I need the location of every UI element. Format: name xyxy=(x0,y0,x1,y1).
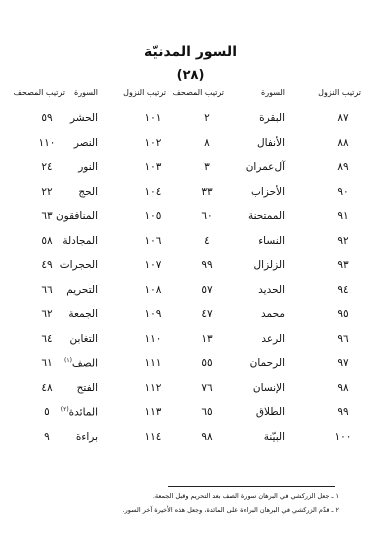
mushaf-cell: ٥ xyxy=(35,406,59,418)
nuzul-cell: ٩٢ xyxy=(331,235,355,247)
sura-cell: الفتح xyxy=(77,382,98,394)
mushaf-cell: ٢ xyxy=(195,112,219,124)
nuzul-cell: ١١٢ xyxy=(141,382,165,394)
sura-count: (٢٨) xyxy=(0,68,381,83)
sura-cell: البيّنة xyxy=(264,431,285,443)
mushaf-cell: ٥٥ xyxy=(195,357,219,369)
sura-cell: التغابن xyxy=(70,333,98,345)
sura-cell: الطلاق xyxy=(256,406,285,418)
nuzul-cell: ٩٤ xyxy=(331,284,355,296)
header-sura-right: السورة xyxy=(261,88,285,97)
nuzul-cell: ١٠٠ xyxy=(331,431,355,443)
footnote-marker: (٢) xyxy=(61,406,69,413)
nuzul-cell: ١٠١ xyxy=(141,112,165,124)
sura-cell: محمد xyxy=(261,308,285,320)
nuzul-cell: ٩٦ xyxy=(331,333,355,345)
sura-cell: الممتحنة xyxy=(248,210,285,222)
header-mushaf-right: ترتيب المصحف xyxy=(173,88,224,97)
mushaf-cell: ٦١ xyxy=(35,357,59,369)
sura-cell: التحريم xyxy=(66,284,98,296)
mushaf-cell: ٥٧ xyxy=(195,284,219,296)
mushaf-cell: ٣ xyxy=(195,161,219,173)
page-title: السور المدنيّة xyxy=(0,44,381,60)
sura-cell: الأحزاب xyxy=(251,186,285,198)
sura-cell: النصر xyxy=(74,137,98,149)
mushaf-cell: ٢٢ xyxy=(35,186,59,198)
mushaf-cell: ٩٨ xyxy=(195,431,219,443)
sura-cell: الرعد xyxy=(261,333,285,345)
sura-cell: النساء xyxy=(258,235,285,247)
sura-cell: البقرة xyxy=(259,112,285,124)
nuzul-cell: ٩٥ xyxy=(331,308,355,320)
nuzul-cell: ١٠٥ xyxy=(141,210,165,222)
sura-cell: الإنسان xyxy=(253,382,285,394)
sura-cell: النور xyxy=(78,161,98,173)
nuzul-cell: ٩٠ xyxy=(331,186,355,198)
nuzul-cell: ١٠٨ xyxy=(141,284,165,296)
nuzul-cell: ٩٧ xyxy=(331,357,355,369)
nuzul-cell: ٨٧ xyxy=(331,112,355,124)
mushaf-cell: ٣٣ xyxy=(195,186,219,198)
mushaf-cell: ٤ xyxy=(195,235,219,247)
nuzul-cell: ١٠٤ xyxy=(141,186,165,198)
sura-cell: الحديد xyxy=(258,284,285,296)
header-mushaf-left: ترتيب المصحف xyxy=(14,88,65,97)
mushaf-cell: ٦٣ xyxy=(35,210,59,222)
mushaf-cell: ٤٩ xyxy=(35,259,59,271)
sura-cell: الحج xyxy=(78,186,98,198)
document-page: السور المدنيّة (٢٨) ترتيب النزول السورة … xyxy=(0,0,381,547)
sura-cell: الحشر xyxy=(70,112,98,124)
mushaf-cell: ٦٤ xyxy=(35,333,59,345)
nuzul-cell: ٩٨ xyxy=(331,382,355,394)
sura-cell: المنافقون xyxy=(56,210,98,222)
sura-cell: الصف(١) xyxy=(64,357,98,370)
header-nuzul-right: ترتيب النزول xyxy=(318,88,361,97)
sura-cell: الرحمان xyxy=(250,357,285,369)
mushaf-cell: ١١٠ xyxy=(35,137,59,149)
nuzul-cell: ١٠٩ xyxy=(141,308,165,320)
footnote-rule xyxy=(168,486,335,487)
mushaf-cell: ٥٩ xyxy=(35,112,59,124)
nuzul-cell: ١١٣ xyxy=(141,406,165,418)
mushaf-cell: ٩٩ xyxy=(195,259,219,271)
mushaf-cell: ٤٨ xyxy=(35,382,59,394)
nuzul-cell: ١٠٢ xyxy=(141,137,165,149)
header-nuzul-left: ترتيب النزول xyxy=(123,88,166,97)
nuzul-cell: ١٠٣ xyxy=(141,161,165,173)
header-sura-left: السورة xyxy=(74,88,98,97)
mushaf-cell: ٦٢ xyxy=(35,308,59,320)
sura-cell: المائدة(٢) xyxy=(61,406,98,419)
sura-cell: الحجرات xyxy=(60,259,98,271)
footnote-1: ١ ـ جعل الزركشي في البرهان سورة الصف بعد… xyxy=(153,492,339,500)
nuzul-cell: ١١٤ xyxy=(141,431,165,443)
sura-cell: الأنفال xyxy=(257,137,285,149)
nuzul-cell: ٨٩ xyxy=(331,161,355,173)
nuzul-cell: ١١١ xyxy=(141,357,165,369)
sura-cell: الزلزال xyxy=(254,259,285,271)
sura-cell: آل‌عمران xyxy=(246,161,285,173)
sura-cell: براءة xyxy=(76,431,98,443)
mushaf-cell: ٨ xyxy=(195,137,219,149)
nuzul-cell: ٩١ xyxy=(331,210,355,222)
sura-name: الصف xyxy=(72,358,98,370)
mushaf-cell: ٩ xyxy=(35,431,59,443)
sura-name: المائدة xyxy=(69,407,98,419)
sura-cell: الجمعة xyxy=(68,308,98,320)
mushaf-cell: ٦٥ xyxy=(195,406,219,418)
footnote-marker: (١) xyxy=(64,357,72,364)
mushaf-cell: ٦٠ xyxy=(195,210,219,222)
mushaf-cell: ٥٨ xyxy=(35,235,59,247)
nuzul-cell: ١١٠ xyxy=(141,333,165,345)
mushaf-cell: ٢٤ xyxy=(35,161,59,173)
nuzul-cell: ١٠٧ xyxy=(141,259,165,271)
mushaf-cell: ٧٦ xyxy=(195,382,219,394)
nuzul-cell: ٨٨ xyxy=(331,137,355,149)
footnote-2: ٢ ـ قدّم الزركشي في البرهان البراءة على … xyxy=(123,506,339,514)
nuzul-cell: ١٠٦ xyxy=(141,235,165,247)
nuzul-cell: ٩٩ xyxy=(331,406,355,418)
sura-cell: المجادلة xyxy=(62,235,98,247)
nuzul-cell: ٩٣ xyxy=(331,259,355,271)
mushaf-cell: ٦٦ xyxy=(35,284,59,296)
mushaf-cell: ٤٧ xyxy=(195,308,219,320)
mushaf-cell: ١٣ xyxy=(195,333,219,345)
